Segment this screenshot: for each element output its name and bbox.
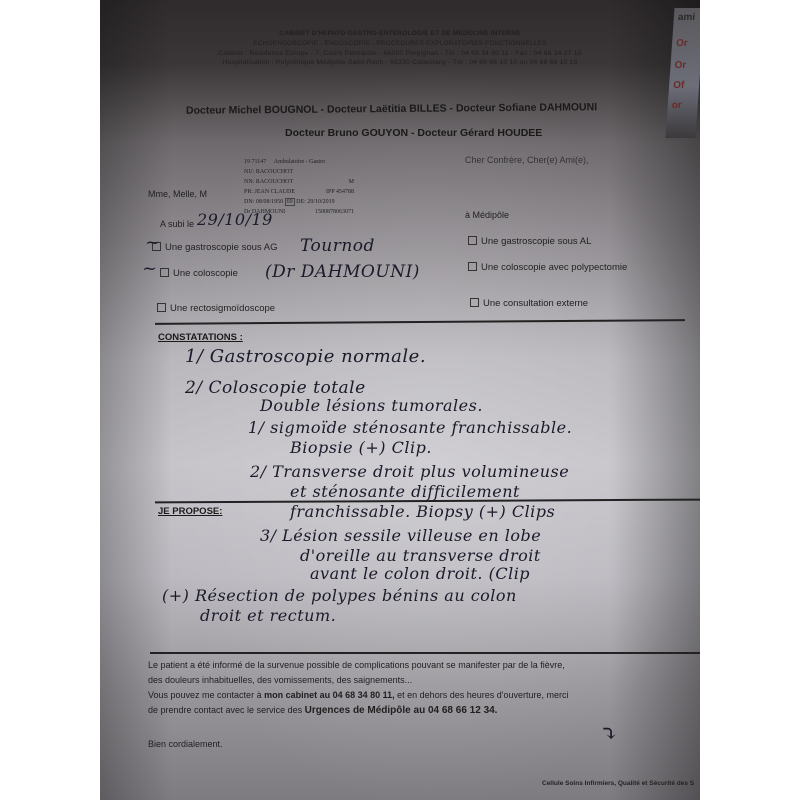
urgences-phone: Urgences de Médipôle au 04 68 66 12 34. <box>305 705 498 716</box>
constatations-heading: CONSTATATIONS : <box>158 332 243 343</box>
complications-line-1: Le patient a été informé de la survenue … <box>148 658 688 673</box>
procedure-consultation-externe[interactable]: Une consultation externe <box>470 298 588 309</box>
checkbox[interactable] <box>468 262 477 271</box>
procedure-date-handwritten: 29/10/19 <box>197 210 273 229</box>
procedure-label: Une coloscopie <box>173 268 238 279</box>
divider <box>150 652 700 654</box>
patient-pr: PR: JEAN CLAUDE <box>244 189 295 195</box>
procedure-label: Une gastroscopie sous AG <box>165 242 277 253</box>
closing: Bien cordialement. <box>148 737 223 752</box>
proposal-line: droit et rectum. <box>200 606 336 625</box>
contact-line: Vous pouvez me contacter à mon cabinet a… <box>148 688 688 703</box>
procedure-rectosigmoidoscope[interactable]: Une rectosigmoïdoscope <box>157 303 275 314</box>
checkbox[interactable] <box>157 303 166 312</box>
patient-sex: M <box>349 177 354 187</box>
checkbox-checked[interactable] <box>160 268 169 277</box>
bottom-note: Cellule Soins Infirmiers, Qualité et Séc… <box>542 780 694 787</box>
patient-nn: NN: RACOUCHOT <box>244 179 293 185</box>
patient-label: 19 71147 Ambulatoire - Gastro NU: RACOUC… <box>244 157 354 217</box>
procedure-coloscopie[interactable]: Une coloscopie <box>160 268 238 279</box>
subi-label: A subi le <box>160 219 194 229</box>
finding-line: Double lésions tumorales. <box>260 396 483 415</box>
doctors-line-2: Docteur Bruno GOUYON - Docteur Gérard HO… <box>285 127 542 139</box>
urgent-line: de prendre contact avec le service des U… <box>148 703 688 718</box>
handwritten-anesthesiologist: Tournod <box>300 236 375 256</box>
salutation: Mme, Melle, M <box>148 189 207 199</box>
adjacent-paper: ami Or Or Of or <box>665 8 700 138</box>
finding-line: 3/ Lésion sessile villeuse en lobe <box>260 526 541 545</box>
finding-line: 2/ Transverse droit plus volumineuse <box>250 462 569 481</box>
proposal-line: (+) Résection de polypes bénins au colon <box>162 586 517 605</box>
finding-line: 2/ Coloscopie totale <box>185 378 366 398</box>
finding-line: 1/ Gastroscopie normale. <box>185 346 426 367</box>
divider <box>155 319 685 324</box>
finding-line: franchissable. Biopsy (+) Clips <box>290 502 555 521</box>
adjacent-text: ami <box>677 12 695 23</box>
finding-line: d'oreille au transverse droit <box>300 546 541 565</box>
cabinet-address: Cabinet : Résidence Europe - 7, Cours Pa… <box>100 50 700 57</box>
patient-dn: DN: 08/08/1950 <box>244 199 283 205</box>
finding-line: et sténosante difficilement <box>290 482 520 501</box>
procedure-gastroscopie-al[interactable]: Une gastroscopie sous AL <box>468 236 591 247</box>
complications-line-2: des douleurs inhabituelles, des vomissem… <box>148 673 688 688</box>
procedure-gastroscopie-ag[interactable]: Une gastroscopie sous AG <box>152 242 277 253</box>
finding-line: 1/ sigmoïde sténosante franchissable. <box>248 418 572 437</box>
footer-info: Le patient a été informé de la survenue … <box>148 658 688 718</box>
document-photo: ami Or Or Of or CABINET D'HEPATO-GASTRO-… <box>100 0 700 800</box>
patient-ipp: IPP 454788 <box>326 187 354 197</box>
checkbox[interactable] <box>468 236 477 245</box>
handwritten-doctor: (Dr DAHMOUNI) <box>265 262 420 282</box>
propose-heading: JE PROPOSE: <box>158 506 222 517</box>
procedure-coloscopie-polypectomie[interactable]: Une coloscopie avec polypectomie <box>468 262 627 273</box>
cabinet-phone: mon cabinet au 04 68 34 80 11, <box>264 690 395 700</box>
procedure-label: Une gastroscopie sous AL <box>481 236 591 247</box>
hospital-address: Hospitalisation : Polyclinique Médipôle … <box>100 59 700 66</box>
check-mark-icon: ~ <box>145 232 161 253</box>
procedure-label: Une coloscopie avec polypectomie <box>481 262 627 273</box>
location: à Médipôle <box>465 210 509 220</box>
adjacent-text: or <box>671 100 682 111</box>
checkbox[interactable] <box>470 298 479 307</box>
procedure-label: Une rectosigmoïdoscope <box>170 303 275 314</box>
check-mark-icon: ~ <box>142 258 158 279</box>
finding-line: avant le colon droit. (Clip <box>310 564 530 583</box>
finding-line: Biopsie (+) Clip. <box>290 438 432 457</box>
cabinet-subtitle: ECHOENDOSCOPIE - ENDOSCOPIE - PROCEDURES… <box>100 40 700 47</box>
cabinet-title: CABINET D'HEPATO-GASTRO-ENTEROLOGIE ET D… <box>100 30 700 37</box>
procedure-label: Une consultation externe <box>483 298 588 309</box>
patient-code: 1500878063071 <box>315 207 354 217</box>
adjacent-text: Of <box>673 80 685 91</box>
patient-nu: NU: RACOUCHOT <box>244 167 354 177</box>
doctors-line-1: Docteur Michel BOUGNOL - Docteur Laëtiti… <box>186 101 597 117</box>
patient-service: Ambulatoire - Gastro <box>274 159 325 165</box>
patient-age: 69 <box>285 198 295 206</box>
greeting: Cher Confrère, Cher(e) Ami(e), <box>465 155 589 165</box>
arrow-down-icon: ⤵ <box>600 722 619 747</box>
patient-de: DE: 29/10/2019 <box>296 199 335 205</box>
patient-id: 19 71147 <box>244 159 266 165</box>
